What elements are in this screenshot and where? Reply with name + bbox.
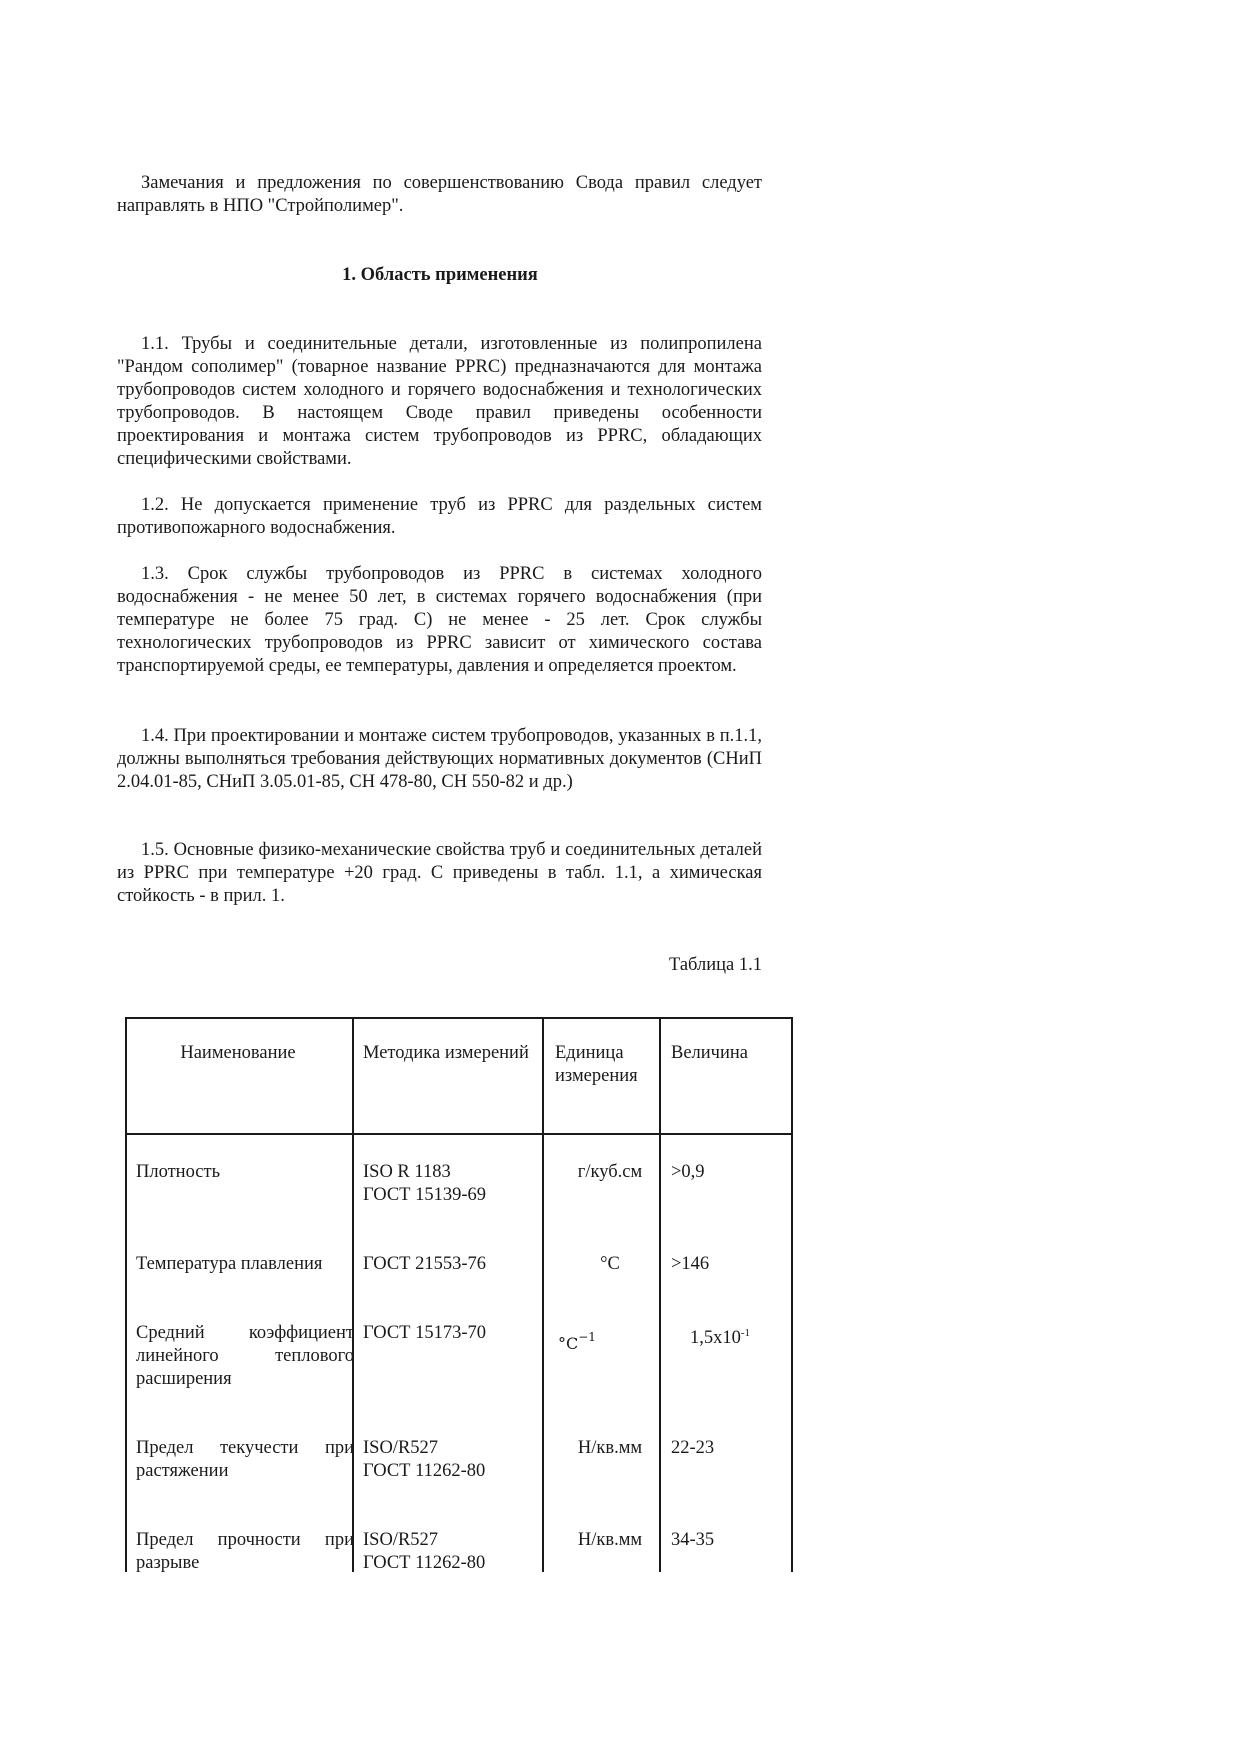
paragraph-1-5: 1.5. Основные физико-механические свойст… bbox=[117, 839, 762, 908]
column-divider-1 bbox=[352, 1017, 354, 1572]
table-left-border bbox=[125, 1017, 127, 1572]
row-unit: °C bbox=[555, 1253, 665, 1276]
row-unit: Н/кв.мм bbox=[555, 1529, 665, 1552]
header-unit: Единица измерения bbox=[555, 1042, 665, 1088]
paragraph-1-1: 1.1. Трубы и соединительные детали, изго… bbox=[117, 333, 762, 471]
column-divider-3 bbox=[659, 1017, 661, 1572]
row-value: 34-35 bbox=[671, 1529, 781, 1552]
row-unit: °C−1 bbox=[558, 1326, 658, 1356]
row-name: Плотность bbox=[136, 1161, 354, 1184]
row-method: ГОСТ 15173-70 bbox=[363, 1322, 543, 1345]
table-caption: Таблица 1.1 bbox=[117, 954, 762, 977]
table-right-border bbox=[791, 1017, 793, 1572]
row-value: >146 bbox=[671, 1253, 781, 1276]
row-method: ISO/R527 ГОСТ 11262-80 bbox=[363, 1437, 543, 1483]
row-name: Предел текучести при растяжении bbox=[136, 1437, 354, 1483]
header-name: Наименование bbox=[125, 1042, 351, 1065]
row-name: Предел прочности при разрыве bbox=[136, 1529, 354, 1575]
row-name: Температура плавления bbox=[136, 1253, 354, 1276]
row-unit: г/куб.см bbox=[555, 1161, 665, 1184]
paragraph-1-3: 1.3. Срок службы трубопроводов из PPRC в… bbox=[117, 563, 762, 678]
header-method: Методика измерений bbox=[363, 1042, 543, 1065]
table-top-border bbox=[125, 1017, 793, 1019]
row-value: >0,9 bbox=[671, 1161, 781, 1184]
paragraph-1-2: 1.2. Не допускается применение труб из P… bbox=[117, 494, 762, 540]
row-method: ГОСТ 21553-76 bbox=[363, 1253, 543, 1276]
column-divider-2 bbox=[542, 1017, 544, 1572]
row-method: ISO/R527 ГОСТ 11262-80 bbox=[363, 1529, 543, 1575]
paragraph-1-4: 1.4. При проектировании и монтаже систем… bbox=[117, 725, 762, 794]
row-value: 22-23 bbox=[671, 1437, 781, 1460]
row-unit: Н/кв.мм bbox=[555, 1437, 665, 1460]
header-divider bbox=[125, 1133, 793, 1135]
header-value: Величина bbox=[671, 1042, 781, 1065]
properties-table: Наименование Методика измерений Единица … bbox=[125, 1017, 793, 1572]
row-method: ISO R 1183 ГОСТ 15139-69 bbox=[363, 1161, 543, 1207]
row-value: 1,5x10-1 bbox=[690, 1322, 790, 1350]
section-title: 1. Область применения bbox=[200, 264, 680, 287]
intro-paragraph: Замечания и предложения по совершенствов… bbox=[117, 172, 762, 218]
row-name: Средний коэффициент линейного теплового … bbox=[136, 1322, 354, 1391]
